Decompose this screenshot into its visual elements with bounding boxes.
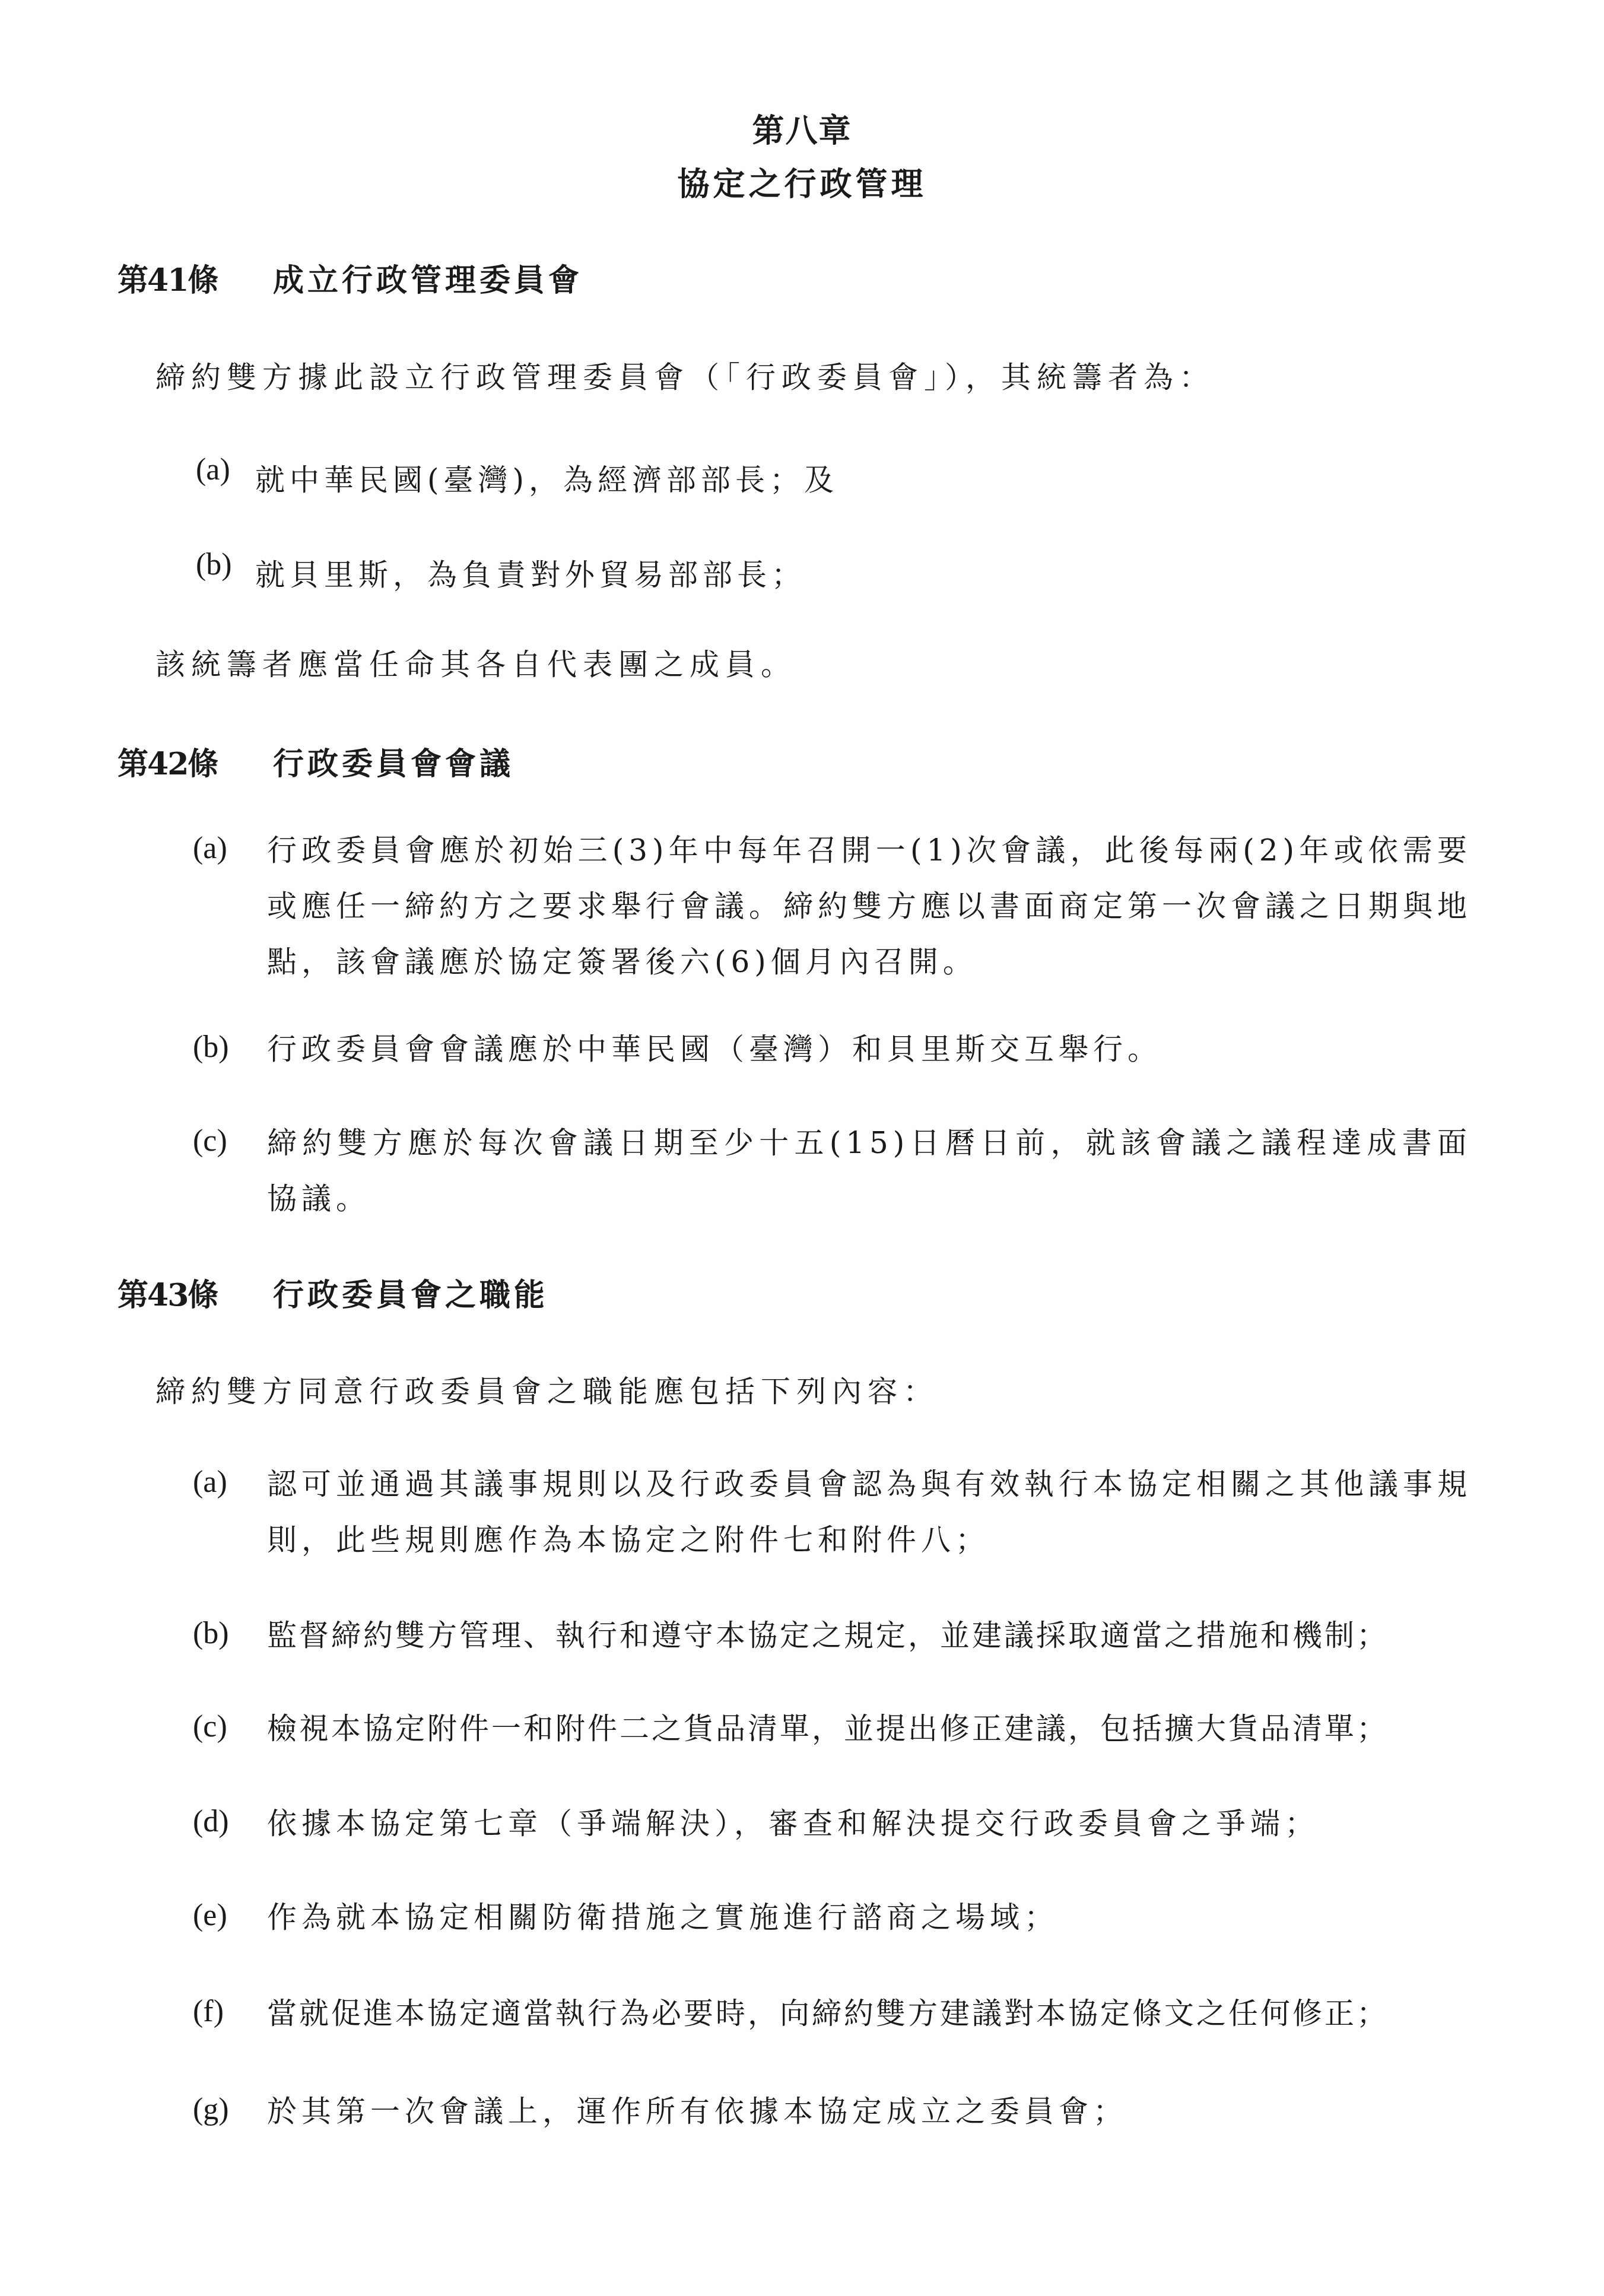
item-label: (g) — [193, 2092, 229, 2127]
article-41-intro: 締約雙方據此設立行政管理委員會（「行政委員會」），其統籌者為： — [155, 354, 1215, 396]
item-text: 監督締約雙方管理、執行和遵守本協定之規定，並建議採取適當之措施和機制； — [267, 1608, 1472, 1663]
item-label: (b) — [193, 1030, 229, 1065]
article-43-heading: 第43條行政委員會之職能 — [117, 1270, 548, 1314]
item-text: 締約雙方應於每次會議日期至少十五(15)日曆日前，就該會議之議程達成書面協議。 — [267, 1115, 1472, 1227]
item-text: 於其第一次會議上，運作所有依據本協定成立之委員會； — [267, 2084, 1472, 2139]
item-text: 檢視本協定附件一和附件二之貨品清單，並提出修正建議，包括擴大貨品清單； — [267, 1701, 1472, 1757]
item-text: 就貝里斯，為負責對外貿易部部長； — [255, 547, 1460, 603]
article-41-heading: 第41條成立行政管理委員會 — [117, 255, 583, 300]
article-title: 行政委員會之職能 — [273, 1277, 548, 1313]
item-label: (e) — [193, 1898, 227, 1933]
item-text: 就中華民國(臺灣)，為經濟部部長；及 — [255, 452, 1460, 508]
article-number: 第43條 — [117, 1270, 273, 1314]
item-label: (a) — [193, 1465, 227, 1500]
item-text: 認可並通過其議事規則以及行政委員會認為與有效執行本協定相關之其他議事規則，此些規… — [267, 1456, 1472, 1568]
article-42-heading: 第42條行政委員會會議 — [117, 739, 514, 783]
item-text: 當就促進本協定適當執行為必要時，向締約雙方建議對本協定條文之任何修正； — [267, 1986, 1472, 2041]
item-label: (c) — [193, 1123, 227, 1158]
article-number: 第42條 — [117, 739, 273, 783]
chapter-title: 協定之行政管理 — [0, 159, 1604, 205]
item-text: 作為就本協定相關防衛措施之實施進行諮商之場域； — [267, 1889, 1472, 1945]
item-label: (b) — [193, 1616, 229, 1651]
item-label: (b) — [196, 547, 232, 582]
item-label: (c) — [193, 1709, 227, 1744]
item-label: (a) — [196, 452, 230, 487]
article-number: 第41條 — [117, 255, 273, 300]
item-text: 行政委員會會議應於中華民國（臺灣）和貝里斯交互舉行。 — [267, 1021, 1472, 1077]
item-label: (f) — [193, 1994, 224, 2029]
article-43-intro: 締約雙方同意行政委員會之職能應包括下列內容： — [155, 1368, 939, 1411]
chapter-number: 第八章 — [0, 106, 1604, 151]
article-41-closing: 該統籌者應當任命其各自代表團之成員。 — [155, 641, 796, 684]
item-text: 依據本協定第七章（爭端解決），審查和解決提交行政委員會之爭端； — [267, 1796, 1472, 1852]
article-title: 行政委員會會議 — [273, 746, 514, 782]
item-label: (a) — [193, 831, 227, 866]
document-page: 第八章 協定之行政管理 第41條成立行政管理委員會 締約雙方據此設立行政管理委員… — [0, 0, 1604, 2296]
item-label: (d) — [193, 1804, 229, 1839]
article-title: 成立行政管理委員會 — [273, 262, 583, 298]
item-text: 行政委員會應於初始三(3)年中每年召開一(1)次會議，此後每兩(2)年或依需要或… — [267, 823, 1472, 990]
